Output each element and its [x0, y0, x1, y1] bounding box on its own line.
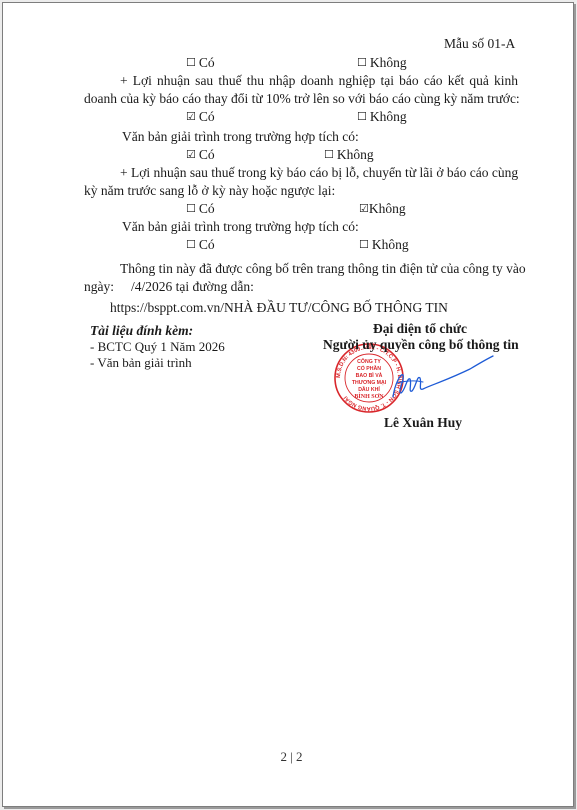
- option-label: Có: [199, 237, 215, 252]
- checkbox-icon: ☐: [186, 238, 196, 251]
- criterion-text-line: + Lợi nhuận sau thuế trong kỳ báo cáo bị…: [120, 165, 518, 181]
- attachments-title: Tài liệu đính kèm:: [90, 323, 193, 339]
- checkbox-icon: ☑: [359, 202, 369, 215]
- explanation-label: Văn bản giải trình trong trường hợp tích…: [122, 219, 359, 235]
- document-page: Mẫu số 01-A ☐Có ☐Không + Lợi nhuận sau t…: [2, 2, 574, 807]
- checkbox-option-khong-4[interactable]: ☐Không: [359, 237, 409, 254]
- checkbox-icon: ☐: [186, 202, 196, 215]
- checkbox-icon: ☐: [357, 110, 367, 123]
- option-label: Có: [199, 55, 215, 70]
- checkbox-option-khong-2[interactable]: ☐Không: [324, 147, 374, 164]
- disclosure-link[interactable]: https://bsppt.com.vn/NHÀ ĐẦU TƯ/CÔNG BỐ …: [110, 300, 448, 316]
- option-label: Không: [370, 55, 407, 70]
- checkbox-option-khong-0[interactable]: ☐Không: [357, 55, 407, 72]
- attachment-item: - Văn bản giải trình: [90, 355, 192, 371]
- disclosure-date-prefix: ngày:: [84, 279, 114, 295]
- option-label: Có: [199, 201, 215, 216]
- criterion-text-line: doanh của kỳ báo cáo thay đổi từ 10% trở…: [84, 91, 520, 107]
- criterion-text-line: + Lợi nhuận sau thuế thu nhập doanh nghi…: [120, 73, 518, 89]
- checkbox-option-co-1[interactable]: ☑Có: [186, 109, 215, 126]
- checkbox-icon: ☐: [324, 148, 334, 161]
- form-number: Mẫu số 01-A: [444, 36, 515, 52]
- checkbox-option-co-4[interactable]: ☐Có: [186, 237, 215, 254]
- attachment-item: - BCTC Quý 1 Năm 2026: [90, 339, 225, 355]
- checkbox-icon: ☐: [359, 238, 369, 251]
- checkbox-option-co-0[interactable]: ☐Có: [186, 55, 215, 72]
- checkbox-option-co-2[interactable]: ☑Có: [186, 147, 215, 164]
- option-label: Có: [199, 147, 215, 162]
- signature-subtitle: Người ủy quyền công bố thông tin: [323, 337, 519, 353]
- disclosure-date: /4/2026 tại đường dẫn:: [131, 279, 254, 295]
- checkbox-icon: ☐: [357, 56, 367, 69]
- checkbox-icon: ☑: [186, 110, 196, 123]
- signature-title: Đại diện tổ chức: [373, 321, 467, 337]
- checkbox-option-khong-1[interactable]: ☐Không: [357, 109, 407, 126]
- checkbox-icon: ☐: [186, 56, 196, 69]
- disclosure-text: Thông tin này đã được công bố trên trang…: [120, 261, 518, 277]
- option-label: Không: [369, 201, 406, 216]
- handwritten-signature: [375, 353, 495, 403]
- checkbox-option-khong-3[interactable]: ☑Không: [359, 201, 406, 218]
- explanation-label: Văn bản giải trình trong trường hợp tích…: [122, 129, 359, 145]
- checkbox-option-co-3[interactable]: ☐Có: [186, 201, 215, 218]
- signer-name: Lê Xuân Huy: [384, 415, 462, 431]
- option-label: Không: [372, 237, 409, 252]
- checkbox-icon: ☑: [186, 148, 196, 161]
- criterion-text-line: kỳ năm trước sang lỗ ở kỳ này hoặc ngược…: [84, 183, 335, 199]
- option-label: Có: [199, 109, 215, 124]
- page-indicator: 2 | 2: [3, 749, 577, 765]
- option-label: Không: [337, 147, 374, 162]
- option-label: Không: [370, 109, 407, 124]
